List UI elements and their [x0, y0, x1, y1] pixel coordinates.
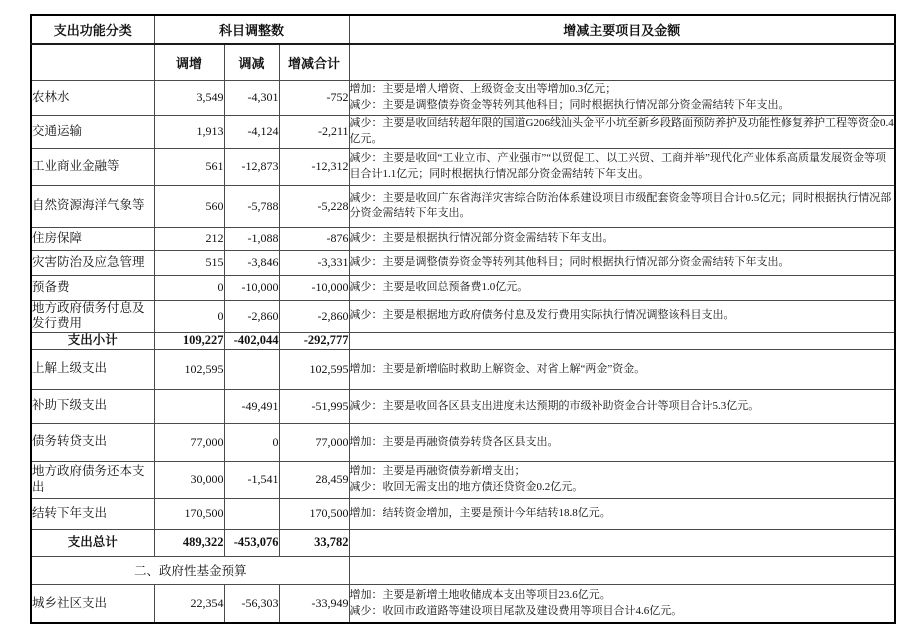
- row-description: 增加：主要是新增土地收储成本支出等项目23.6亿元。减少：收回市政道路等建设项目…: [349, 584, 895, 623]
- row-description: 减少：主要是收回结转超年限的国道G206线汕头金平小坑至新乡段路面预防养护及功能…: [349, 115, 895, 148]
- value-decrease: -56,303: [224, 584, 279, 623]
- row-description: 减少：主要是收回“工业立市、产业强市”“以贸促工、以工兴贸、工商并举”现代化产业…: [349, 148, 895, 185]
- value-decrease: 0: [224, 423, 279, 461]
- row-description: 减少：主要是根据执行情况部分资金需结转下年支出。: [349, 227, 895, 250]
- row-description: 减少：主要是收回总预备费1.0亿元。: [349, 275, 895, 300]
- value-total: -10,000: [279, 275, 349, 300]
- row-label: 农林水: [31, 80, 154, 115]
- description-line: 减少：收回无需支出的地方债还贷资金0.2亿元。: [350, 480, 895, 495]
- row-label: 支出总计: [31, 529, 154, 556]
- description-line: 减少：主要是根据地方政府债务付息及发行费用实际执行情况调整该科目支出。: [350, 308, 895, 323]
- table-row: 城乡社区支出22,354-56,303-33,949增加：主要是新增土地收储成本…: [31, 584, 895, 623]
- row-label: 交通运输: [31, 115, 154, 148]
- value-increase: 170,500: [154, 498, 224, 529]
- column-header-decrease: 调减: [224, 44, 279, 80]
- row-label: 自然资源海洋气象等: [31, 185, 154, 227]
- description-line: 增加：主要是新增临时救助上解资金、对省上解“两金”资金。: [350, 362, 895, 377]
- value-increase: 1,913: [154, 115, 224, 148]
- table-row: 交通运输1,913-4,124-2,211减少：主要是收回结转超年限的国道G20…: [31, 115, 895, 148]
- column-header-increase: 调增: [154, 44, 224, 80]
- table-row: 补助下级支出-49,491-51,995减少：主要是收回各区县支出进度未达预期的…: [31, 389, 895, 423]
- value-decrease: -12,873: [224, 148, 279, 185]
- value-total: 102,595: [279, 349, 349, 389]
- value-decrease: -5,788: [224, 185, 279, 227]
- column-header-category-empty: [31, 44, 154, 80]
- value-increase: 102,595: [154, 349, 224, 389]
- row-label: 结转下年支出: [31, 498, 154, 529]
- value-total: -876: [279, 227, 349, 250]
- row-description: 减少：主要是收回各区县支出进度未达预期的市级补助资金合计等项目合计5.3亿元。: [349, 389, 895, 423]
- row-label: 住房保障: [31, 227, 154, 250]
- column-header-items-empty: [349, 44, 895, 80]
- value-decrease: -1,541: [224, 461, 279, 498]
- value-increase: 3,549: [154, 80, 224, 115]
- row-description: 增加：主要是增人增资、上级资金支出等增加0.3亿元；减少：主要是调整债券资金等转…: [349, 80, 895, 115]
- row-description: 减少：主要是根据地方政府债务付息及发行费用实际执行情况调整该科目支出。: [349, 300, 895, 332]
- value-total: 28,459: [279, 461, 349, 498]
- value-increase: 109,227: [154, 332, 224, 349]
- row-label: 支出小计: [31, 332, 154, 349]
- value-increase: 515: [154, 250, 224, 275]
- value-decrease: -10,000: [224, 275, 279, 300]
- value-decrease: [224, 498, 279, 529]
- description-line: 增加：主要是新增土地收储成本支出等项目23.6亿元。: [350, 588, 895, 603]
- value-increase: 30,000: [154, 461, 224, 498]
- table-row: 预备费0-10,000-10,000减少：主要是收回总预备费1.0亿元。: [31, 275, 895, 300]
- description-line: 减少：主要是根据执行情况部分资金需结转下年支出。: [350, 231, 895, 246]
- value-total: -292,777: [279, 332, 349, 349]
- value-total: 33,782: [279, 529, 349, 556]
- row-description: 减少：主要是收回广东省海洋灾害综合防治体系建设项目市级配套资金等项目合计0.5亿…: [349, 185, 895, 227]
- value-total: -33,949: [279, 584, 349, 623]
- description-line: 减少：主要是收回广东省海洋灾害综合防治体系建设项目市级配套资金等项目合计0.5亿…: [350, 191, 895, 222]
- table-row: 灾害防治及应急管理515-3,846-3,331减少：主要是调整债券资金等转列其…: [31, 250, 895, 275]
- description-line: 增加：主要是再融资债券转贷各区县支出。: [350, 435, 895, 450]
- table-row: 农林水3,549-4,301-752增加：主要是增人增资、上级资金支出等增加0.…: [31, 80, 895, 115]
- table-row: 地方政府债务付息及发行费用0-2,860-2,860减少：主要是根据地方政府债务…: [31, 300, 895, 332]
- column-header-category: 支出功能分类: [31, 15, 154, 44]
- value-increase: [154, 389, 224, 423]
- row-description: [349, 529, 895, 556]
- table-row: 工业商业金融等561-12,873-12,312减少：主要是收回“工业立市、产业…: [31, 148, 895, 185]
- value-total: 77,000: [279, 423, 349, 461]
- row-label: 预备费: [31, 275, 154, 300]
- row-label: 灾害防治及应急管理: [31, 250, 154, 275]
- value-decrease: -49,491: [224, 389, 279, 423]
- value-decrease: -4,301: [224, 80, 279, 115]
- value-increase: 560: [154, 185, 224, 227]
- description-line: 增加：主要是再融资债券新增支出；: [350, 464, 895, 479]
- description-line: 减少：主要是收回结转超年限的国道G206线汕头金平小坑至新乡段路面预防养护及功能…: [350, 116, 895, 147]
- value-total: -752: [279, 80, 349, 115]
- budget-adjustment-table: 支出功能分类 科目调整数 增减主要项目及金额 调增 调减 增减合计 农林水3,5…: [30, 14, 896, 624]
- row-description: 增加：结转资金增加，主要是预计今年结转18.8亿元。: [349, 498, 895, 529]
- row-label: 地方政府债务还本支出: [31, 461, 154, 498]
- table-row: 住房保障212-1,088-876减少：主要是根据执行情况部分资金需结转下年支出…: [31, 227, 895, 250]
- value-increase: 561: [154, 148, 224, 185]
- value-increase: 212: [154, 227, 224, 250]
- column-header-total: 增减合计: [279, 44, 349, 80]
- description-line: 减少：收回市政道路等建设项目尾款及建设费用等项目合计4.6亿元。: [350, 604, 895, 619]
- value-decrease: -3,846: [224, 250, 279, 275]
- row-label: 城乡社区支出: [31, 584, 154, 623]
- description-line: 增加：结转资金增加，主要是预计今年结转18.8亿元。: [350, 506, 895, 521]
- value-increase: 489,322: [154, 529, 224, 556]
- subtotal-row: 支出小计109,227-402,044-292,777: [31, 332, 895, 349]
- value-decrease: -4,124: [224, 115, 279, 148]
- description-line: 减少：主要是收回各区县支出进度未达预期的市级补助资金合计等项目合计5.3亿元。: [350, 399, 895, 414]
- table-row: 自然资源海洋气象等560-5,788-5,228减少：主要是收回广东省海洋灾害综…: [31, 185, 895, 227]
- row-label: 地方政府债务付息及发行费用: [31, 300, 154, 332]
- value-total: -51,995: [279, 389, 349, 423]
- description-line: 减少：主要是调整债券资金等转列其他科目；同时根据执行情况部分资金需结转下年支出。: [350, 255, 895, 270]
- row-description: 增加：主要是新增临时救助上解资金、对省上解“两金”资金。: [349, 349, 895, 389]
- row-label: 债务转贷支出: [31, 423, 154, 461]
- value-total: -5,228: [279, 185, 349, 227]
- value-increase: 0: [154, 275, 224, 300]
- value-decrease: -402,044: [224, 332, 279, 349]
- value-total: -2,211: [279, 115, 349, 148]
- value-increase: 77,000: [154, 423, 224, 461]
- table-row: 地方政府债务还本支出30,000-1,54128,459增加：主要是再融资债券新…: [31, 461, 895, 498]
- document-page: 支出功能分类 科目调整数 增减主要项目及金额 调增 调减 增减合计 农林水3,5…: [0, 0, 909, 626]
- subtotal-row: 支出总计489,322-453,07633,782: [31, 529, 895, 556]
- row-description: 增加：主要是再融资债券转贷各区县支出。: [349, 423, 895, 461]
- description-line: 增加：主要是增人增资、上级资金支出等增加0.3亿元；: [350, 82, 895, 97]
- value-decrease: -1,088: [224, 227, 279, 250]
- section-header-label: 二、政府性基金预算: [31, 556, 349, 584]
- description-line: 减少：主要是调整债券资金等转列其他科目；同时根据执行情况部分资金需结转下年支出。: [350, 98, 895, 113]
- table-row: 结转下年支出170,500170,500增加：结转资金增加，主要是预计今年结转1…: [31, 498, 895, 529]
- row-label: 补助下级支出: [31, 389, 154, 423]
- table-row: 上解上级支出102,595102,595增加：主要是新增临时救助上解资金、对省上…: [31, 349, 895, 389]
- description-line: 减少：主要是收回“工业立市、产业强市”“以贸促工、以工兴贸、工商并举”现代化产业…: [350, 151, 895, 182]
- value-decrease: -453,076: [224, 529, 279, 556]
- value-increase: 0: [154, 300, 224, 332]
- section-header-row: 二、政府性基金预算: [31, 556, 895, 584]
- value-decrease: [224, 349, 279, 389]
- value-total: -2,860: [279, 300, 349, 332]
- row-description: [349, 332, 895, 349]
- value-total: 170,500: [279, 498, 349, 529]
- value-total: -3,331: [279, 250, 349, 275]
- description-line: 减少：主要是收回总预备费1.0亿元。: [350, 280, 895, 295]
- column-header-adjust-group: 科目调整数: [154, 15, 349, 44]
- section-header-empty-cell: [349, 556, 895, 584]
- row-description: 增加：主要是再融资债券新增支出；减少：收回无需支出的地方债还贷资金0.2亿元。: [349, 461, 895, 498]
- table-row: 债务转贷支出77,000077,000增加：主要是再融资债券转贷各区县支出。: [31, 423, 895, 461]
- value-total: -12,312: [279, 148, 349, 185]
- row-label: 上解上级支出: [31, 349, 154, 389]
- value-decrease: -2,860: [224, 300, 279, 332]
- row-label: 工业商业金融等: [31, 148, 154, 185]
- column-header-items: 增减主要项目及金额: [349, 15, 895, 44]
- row-description: 减少：主要是调整债券资金等转列其他科目；同时根据执行情况部分资金需结转下年支出。: [349, 250, 895, 275]
- value-increase: 22,354: [154, 584, 224, 623]
